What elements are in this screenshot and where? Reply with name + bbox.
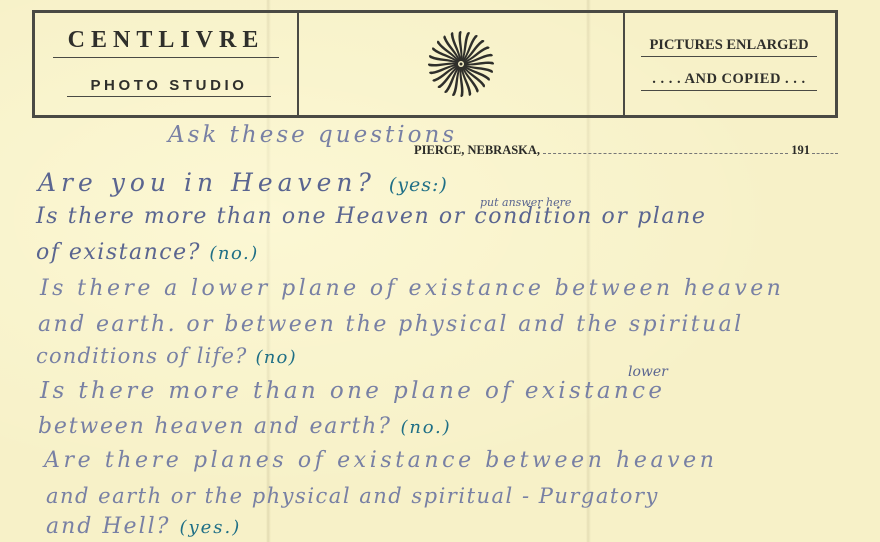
letterhead: CENTLIVRE PHOTO STUDIO: [32, 10, 838, 118]
year-blank: [812, 143, 838, 154]
question-line-9: Are there planes of existance between he…: [44, 448, 718, 473]
studio-name: CENTLIVRE: [53, 27, 279, 58]
year-prefix: 191: [791, 143, 810, 158]
answer-yes: (yes.): [179, 517, 241, 538]
place-date-line: PIERCE, NEBRASKA, 191: [414, 143, 838, 161]
question-line-3: of existance? (no.): [36, 240, 259, 265]
question-line-8: between heaven and earth? (no.): [38, 414, 451, 439]
question-line-10: and earth or the physical and spiritual …: [46, 484, 659, 508]
emblem-panel: [299, 13, 625, 115]
answer-no: (no): [256, 347, 297, 368]
letter-page: CENTLIVRE PHOTO STUDIO: [0, 0, 880, 542]
question-line-11: and Hell? (yes.): [46, 514, 241, 539]
service-line-copied: . . . . AND COPIED . . .: [641, 71, 817, 91]
handwritten-heading: Ask these questions: [168, 122, 457, 148]
services-panel: PICTURES ENLARGED . . . . AND COPIED . .…: [625, 13, 835, 115]
studio-subtitle: PHOTO STUDIO: [67, 77, 271, 97]
service-line-enlarged: PICTURES ENLARGED: [641, 37, 817, 57]
question-line-2: Is there more than one Heaven or conditi…: [36, 204, 707, 229]
date-blank: [543, 143, 788, 154]
answer-no: (no.): [209, 243, 258, 264]
question-line-7: Is there more than one plane of existanc…: [40, 378, 665, 404]
sunburst-emblem-icon: [426, 29, 496, 99]
studio-name-panel: CENTLIVRE PHOTO STUDIO: [35, 13, 299, 115]
question-line-1: Are you in Heaven? (yes:): [38, 168, 448, 197]
question-line-4: Is there a lower plane of existance betw…: [40, 276, 784, 301]
question-line-5: and earth. or between the physical and t…: [38, 312, 744, 337]
answer-yes: (yes:): [389, 174, 448, 196]
question-line-6: conditions of life? (no): [36, 344, 297, 368]
answer-no: (no.): [401, 417, 452, 438]
